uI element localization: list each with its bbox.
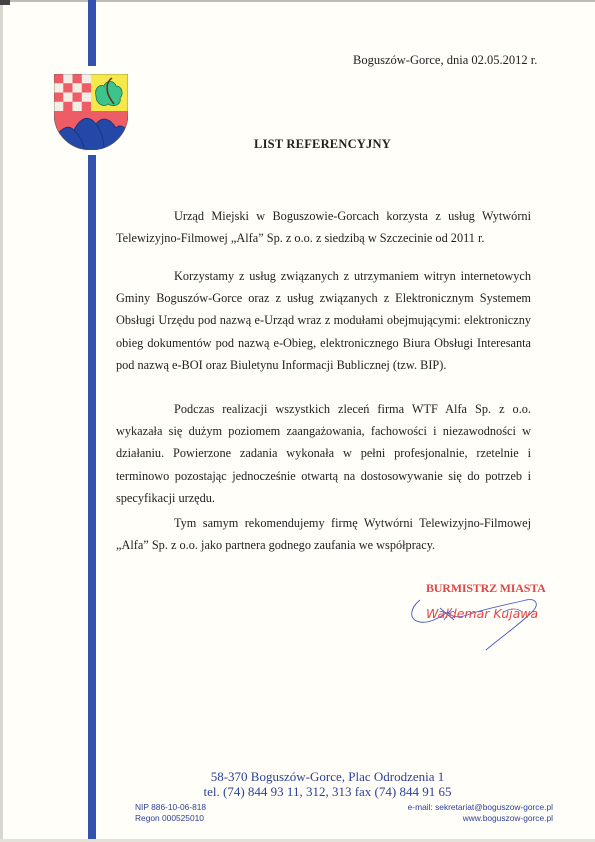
scan-corner-mark (0, 0, 10, 5)
paragraph-recommendation: Tym samym rekomendujemy firmę Wytwórni T… (116, 512, 531, 556)
letter-page: Boguszów-Gorce, dnia 02.05.2012 r. LIST … (0, 0, 595, 842)
signature-name-stamp: Waldemar Kujawa (426, 606, 538, 621)
letterhead-bar (88, 155, 96, 839)
scan-edge-left (0, 0, 3, 842)
place-date: Boguszów-Gorce, dnia 02.05.2012 r. (353, 53, 537, 68)
signature-title-stamp: BURMISTRZ MIASTA (426, 581, 546, 596)
footer-website: www.boguszow-gorce.pl (408, 813, 553, 824)
footer-registration: NIP 886-10-06-818 Regon 000525010 (135, 802, 206, 824)
footer-nip: NIP 886-10-06-818 (135, 802, 206, 813)
footer-regon: Regon 000525010 (135, 813, 206, 824)
footer-email: e-mail: sekretariat@boguszow-gorce.pl (408, 802, 553, 813)
letter-title: LIST REFERENCYJNY (0, 137, 595, 152)
letterhead-bar-top (88, 0, 96, 66)
paragraph-evaluation: Podczas realizacji wszystkich zleceń fir… (116, 398, 531, 509)
footer-contact: e-mail: sekretariat@boguszow-gorce.pl ww… (408, 802, 553, 824)
paragraph-services: Korzystamy z usług związanych z utrzyman… (116, 265, 531, 376)
footer-phone: tel. (74) 844 93 11, 312, 313 fax (74) 8… (0, 784, 595, 800)
footer-address: 58-370 Boguszów-Gorce, Plac Odrodzenia 1 (0, 769, 595, 785)
paragraph-intro: Urząd Miejski w Boguszowie-Gorcach korzy… (116, 205, 531, 249)
